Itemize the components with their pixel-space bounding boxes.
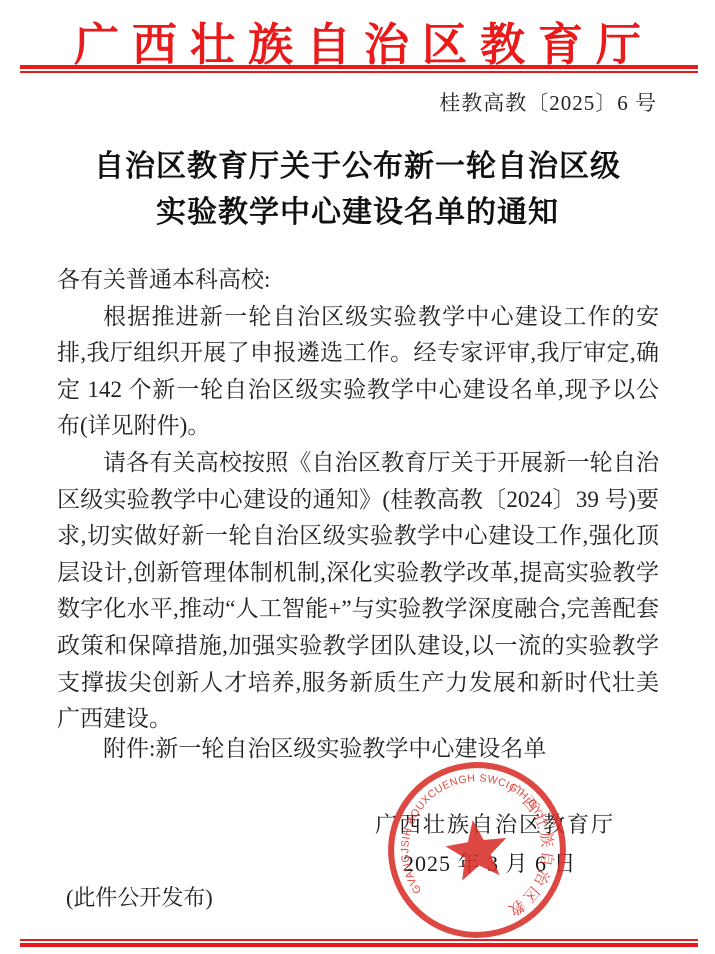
rule-thin-bar (20, 71, 698, 73)
body-paragraph-1: 根据推进新一轮自治区级实验教学中心建设工作的安排,我厅组织开展了申报遴选工作。经… (57, 299, 659, 445)
document-body: 各有关普通本科高校: 根据推进新一轮自治区级实验教学中心建设工作的安排,我厅组织… (57, 262, 659, 738)
letterhead-double-rule (20, 65, 698, 73)
document-number: 桂教高教〔2025〕6 号 (439, 87, 657, 117)
public-release-note: (此件公开发布) (66, 881, 213, 912)
signature-date: 2025 年 3 月 6 日 (403, 847, 577, 878)
body-paragraph-2: 请各有关高校按照《自治区教育厅关于开展新一轮自治区级实验教学中心建设的通知》(桂… (57, 445, 659, 738)
document-title-line1: 自治区教育厅关于公布新一轮自治区级 (0, 144, 715, 190)
letterhead-agency-title: 广西壮族自治区教育厅 (0, 8, 715, 73)
rule-thick-bar (20, 943, 698, 947)
document-title-line2: 实验教学中心建设名单的通知 (0, 190, 715, 236)
official-document-page: 广西壮族自治区教育厅 桂教高教〔2025〕6 号 自治区教育厅关于公布新一轮自治… (0, 0, 715, 954)
salutation: 各有关普通本科高校: (57, 262, 659, 299)
footer-double-rule (20, 939, 698, 947)
signature-agency: 广西壮族自治区教育厅 (375, 808, 615, 839)
document-title: 自治区教育厅关于公布新一轮自治区级 实验教学中心建设名单的通知 (0, 144, 715, 236)
attachment-line: 附件:新一轮自治区级实验教学中心建设名单 (57, 731, 659, 768)
